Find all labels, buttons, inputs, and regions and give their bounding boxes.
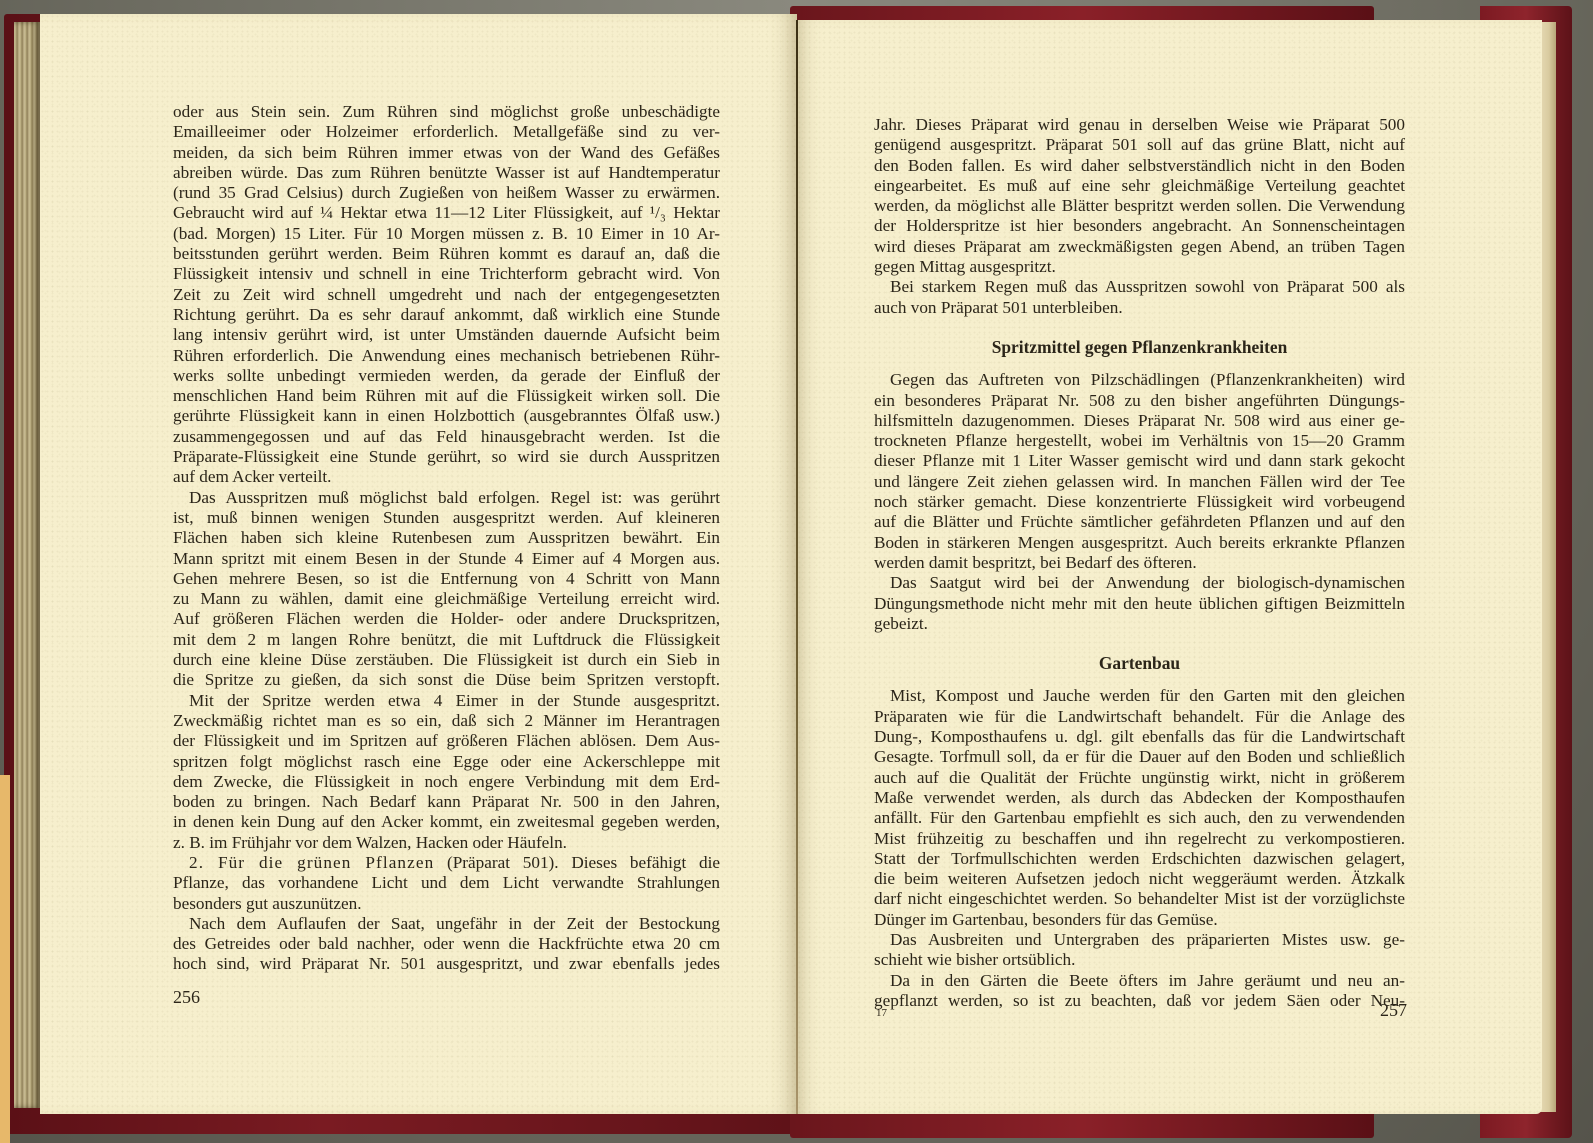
emphasized-text: 2. Für die grünen Pflanzen [189, 853, 434, 872]
left-page-text: oder aus Stein sein. Zum Rühren sind mög… [173, 102, 720, 975]
text-line: Dung-, Komposthaufens u. dgl. gilt ebenf… [874, 727, 1405, 747]
text-line: den Boden fallen. Es wird daher selbstve… [874, 156, 1405, 176]
book-gutter [796, 20, 798, 1114]
text-line: der Holderspritze ist hier besonders ang… [874, 216, 1405, 236]
text-line: Präparate-Flüssigkeit eine Stunde gerühr… [173, 447, 720, 467]
text-line: anfällt. Für den Gartenbau empfiehlt es … [874, 808, 1405, 828]
text-line: z. B. im Frühjahr vor dem Walzen, Hacken… [173, 833, 720, 853]
text-line: dieser Pflanze mit 1 Liter Wasser gemisc… [874, 451, 1405, 471]
text-line: menschlichen Hand beim Rühren mit auf di… [173, 386, 720, 406]
text-line: Flächen haben sich kleine Rutenbesen zum… [173, 528, 720, 548]
text-line: Statt der Torfmullschichten werden Erdsc… [874, 849, 1405, 869]
text-line: werden damit bespritzt, bei Bedarf des ö… [874, 553, 1405, 573]
text-line: der Flüssigkeit und im Spritzen auf größ… [173, 731, 720, 751]
text-line: Zweckmäßig richtet man es so ein, daß si… [173, 711, 720, 731]
text-line: die beim weiteren Aufsetzen jedoch nicht… [874, 869, 1405, 889]
text-line: wird dieses Präparat am zweckmäßigsten g… [874, 237, 1405, 257]
text-line: hoch sind, wird Präparat Nr. 501 ausgesp… [173, 954, 720, 974]
right-page-text: Jahr. Dieses Präparat wird genau in ders… [874, 115, 1405, 1011]
text-line: Boden in stärkeren Mengen ausgespritzt. … [874, 533, 1405, 553]
text-line: in denen kein Dung auf den Acker kommt, … [173, 812, 720, 832]
text-line: Maße verwendet werden, als durch das Abd… [874, 788, 1405, 808]
text-line: Auf größeren Flächen werden die Holder- … [173, 609, 720, 629]
text-line: Gebraucht wird auf ¼ Hektar etwa 11—12 L… [173, 203, 720, 223]
text-line: (bad. Morgen) 15 Liter. Für 10 Morgen mü… [173, 224, 720, 244]
text-line: Flüssigkeit intensiv und schnell in eine… [173, 264, 720, 284]
text-line: auch von Präparat 501 unterbleiben. [874, 298, 1405, 318]
text-line: auf die Blätter und Früchte sämtlicher g… [874, 512, 1405, 532]
text-line: werden, da möglichst alle Blätter bespri… [874, 196, 1405, 216]
page-number-right: 257 [1380, 1000, 1407, 1021]
text-line: noch stärker gemacht. Diese konzentriert… [874, 492, 1405, 512]
text-line: Das Saatgut wird bei der Anwendung der b… [874, 573, 1405, 593]
text-line: des Getreides oder bald nachher, oder we… [173, 934, 720, 954]
text-line: Pflanze, das vorhandene Licht und dem Li… [173, 873, 720, 893]
text-fragment: (Präparat 501). Dieses befähigt die [434, 853, 720, 872]
text-line: mit dem 2 m langen Rohre benützt, die mi… [173, 630, 720, 650]
text-line: Jahr. Dieses Präparat wird genau in ders… [874, 115, 1405, 135]
text-line: Bei starkem Regen muß das Ausspritzen so… [874, 277, 1405, 297]
text-line: 2. Für die grünen Pflanzen (Präparat 501… [173, 853, 720, 873]
text-line: Nach dem Auflaufen der Saat, ungefähr in… [173, 914, 720, 934]
text-line: beitsstunden gerührt werden. Beim Rühren… [173, 244, 720, 264]
text-line: boden zu bringen. Nach Bedarf kann Präpa… [173, 792, 720, 812]
text-line: gepflanzt werden, so ist zu beachten, da… [874, 991, 1405, 1011]
text-line: zusammengegossen und auf das Feld hinaus… [173, 427, 720, 447]
text-line: dem Zwecke, die Flüssigkeit in noch enge… [173, 772, 720, 792]
text-line: Düngungsmethode nicht mehr mit den heute… [874, 594, 1405, 614]
text-line: ist, muß binnen wenigen Stunden ausgespr… [173, 508, 720, 528]
page-stack-left [14, 22, 40, 1108]
text-line: werks sollte unbedingt vermieden werden,… [173, 366, 720, 386]
text-line: Emailleeimer oder Holzeimer erforderlich… [173, 122, 720, 142]
text-line: schieht wie bisher ortsüblich. [874, 950, 1405, 970]
text-line: Mann spritzt mit einem Besen in der Stun… [173, 549, 720, 569]
text-line: meiden, da sich beim Rühren immer etwas … [173, 143, 720, 163]
text-line: Präparaten wie für die Landwirtschaft be… [874, 707, 1405, 727]
paper-tab [0, 775, 10, 1143]
section-heading-gartenbau: Gartenbau [874, 653, 1405, 673]
text-line: Gesagte. Torfmull soll, da er für die Da… [874, 747, 1405, 767]
text-line: gegen Mittag ausgespritzt. [874, 257, 1405, 277]
text-line: gerührte Flüssigkeit kann in einen Holzb… [173, 406, 720, 426]
text-line: Das Ausbreiten und Untergraben des präpa… [874, 930, 1405, 950]
text-line: Rühren erforderlich. Die Anwendung eines… [173, 346, 720, 366]
text-line: zu Mann zu wählen, damit eine gleichmäßi… [173, 589, 720, 609]
text-line: oder aus Stein sein. Zum Rühren sind mög… [173, 102, 720, 122]
text-line: lang intensiv gerührt wird, ist unter Um… [173, 325, 720, 345]
text-line: Gehen mehrere Besen, so ist die Entfernu… [173, 569, 720, 589]
signature-mark: 17 [876, 1007, 887, 1019]
text-line: Das Ausspritzen muß möglichst bald erfol… [173, 488, 720, 508]
page-number-left: 256 [173, 987, 200, 1008]
text-line: Dünger im Gartenbau, besonders für das G… [874, 910, 1405, 930]
text-line: Mit der Spritze werden etwa 4 Eimer in d… [173, 691, 720, 711]
text-line: spritzen folgt möglichst rasch eine Egge… [173, 752, 720, 772]
section-heading-spritzmittel: Spritzmittel gegen Pflanzenkrankheiten [874, 337, 1405, 357]
text-line: Gegen das Auftreten von Pilzschädlingen … [874, 370, 1405, 390]
text-line: genügend ausgespritzt. Präparat 501 soll… [874, 135, 1405, 155]
text-line: besonders gut auszunützen. [173, 894, 720, 914]
text-line: Da in den Gärten die Beete öfters im Jah… [874, 971, 1405, 991]
text-line: auf dem Acker verteilt. [173, 467, 720, 487]
text-line: eingearbeitet. Es muß auf eine sehr glei… [874, 176, 1405, 196]
text-line: die Spritze zu gießen, da sich sonst die… [173, 670, 720, 690]
text-line: abreiben würde. Das zum Rühren benützte … [173, 163, 720, 183]
text-line: Mist, Kompost und Jauche werden für den … [874, 686, 1405, 706]
text-line: darf nicht eingeschichtet werden. So beh… [874, 889, 1405, 909]
text-line: Zeit zu Zeit wird schnell umgedreht und … [173, 285, 720, 305]
text-line: auch auf die Qualität der Früchte ungüns… [874, 768, 1405, 788]
text-line: gebeizt. [874, 614, 1405, 634]
text-line: trockneten Pflanze hergestellt, wobei im… [874, 431, 1405, 451]
text-line: durch eine kleine Düse zerstäuben. Die F… [173, 650, 720, 670]
text-line: hilfsmitteln dazugenommen. Dieses Präpar… [874, 411, 1405, 431]
text-line: Richtung gerührt. Da es sehr darauf anko… [173, 305, 720, 325]
text-line: ein besonderes Präparat Nr. 508 zu den b… [874, 391, 1405, 411]
text-line: (rund 35 Grad Celsius) durch Zugießen vo… [173, 183, 720, 203]
text-line: Mist frühzeitig zu beschaffen und ihn re… [874, 829, 1405, 849]
text-line: und längere Zeit ziehen gelassen wird. I… [874, 472, 1405, 492]
